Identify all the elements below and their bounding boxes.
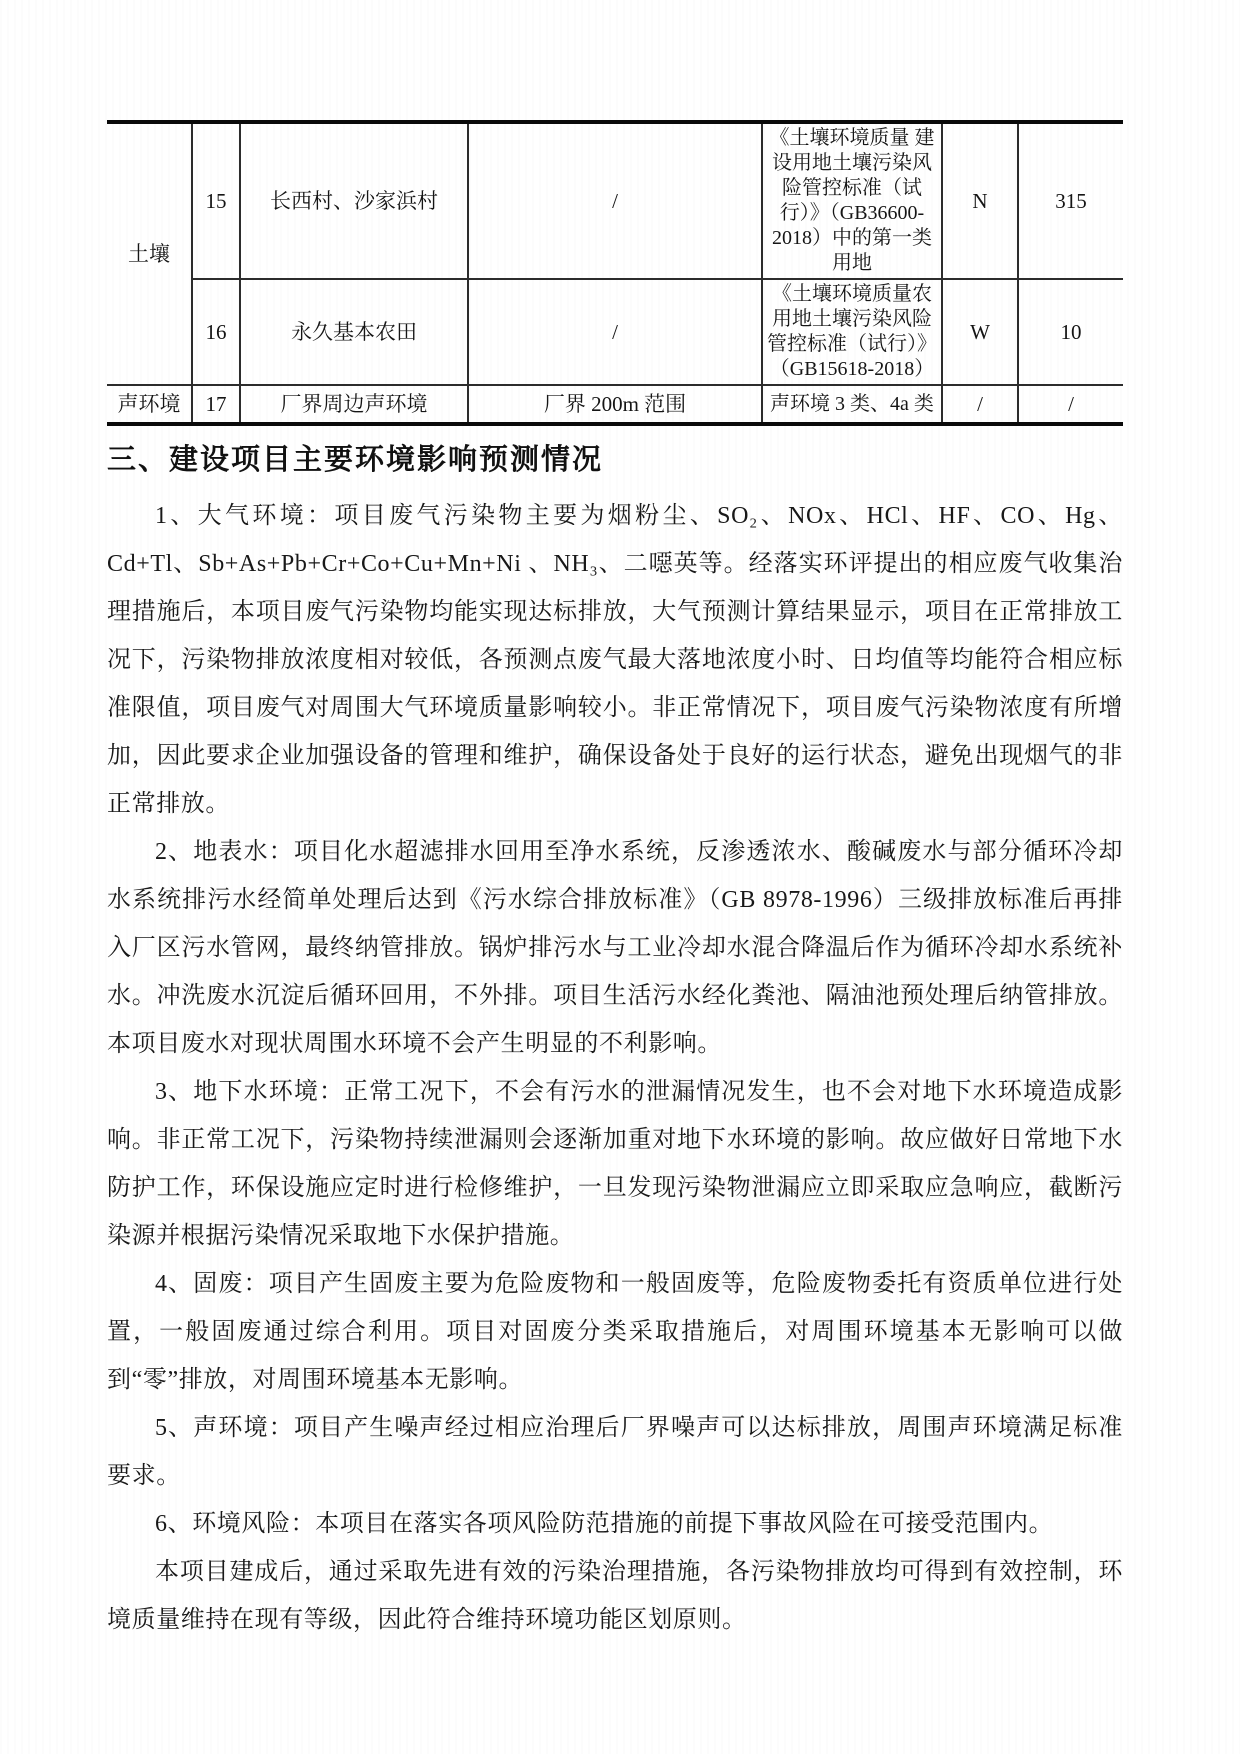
body-paragraph-air: 1、大气环境：项目废气污染物主要为烟粉尘、SO₂、NOx、HCl、HF、CO、H… [107, 492, 1123, 828]
body-paragraph-surface-water: 2、地表水：项目化水超滤排水回用至净水系统，反渗透浓水、酸碱废水与部分循环冷却水… [107, 828, 1123, 1068]
table-row-soil-15: 土壤 15 长西村、沙家浜村 / 《土壤环境质量 建设用地土壤污染风险管控标准（… [107, 122, 1123, 279]
body-paragraph-groundwater: 3、地下水环境：正常工况下，不会有污水的泄漏情况发生，也不会对地下水环境造成影响… [107, 1068, 1123, 1260]
scope-cell: 厂界 200m 范围 [468, 385, 762, 424]
target-name-cell: 永久基本农田 [240, 279, 468, 385]
body-paragraph-conclusion: 本项目建成后，通过采取先进有效的污染治理措施，各污染物排放均可得到有效控制，环境… [107, 1548, 1123, 1644]
category-cell-noise: 声环境 [107, 385, 192, 424]
body-paragraph-solid-waste: 4、固废：项目产生固废主要为危险废物和一般固废等，危险废物委托有资质单位进行处置… [107, 1260, 1123, 1404]
category-cell-soil: 土壤 [107, 122, 192, 385]
distance-cell: / [1018, 385, 1123, 424]
index-cell: 15 [192, 122, 240, 279]
standard-cell: 声环境 3 类、4a 类 [762, 385, 942, 424]
direction-cell: W [942, 279, 1018, 385]
scope-cell: / [468, 122, 762, 279]
standard-cell: 《土壤环境质量 建设用地土壤污染风险管控标准（试行）》（GB36600-2018… [762, 122, 942, 279]
document-page: 土壤 15 长西村、沙家浜村 / 《土壤环境质量 建设用地土壤污染风险管控标准（… [0, 0, 1240, 1754]
table-row-soil-16: 16 永久基本农田 / 《土壤环境质量农用地土壤污染风险管控标准（试行）》（GB… [107, 279, 1123, 385]
table-row-noise-17: 声环境 17 厂界周边声环境 厂界 200m 范围 声环境 3 类、4a 类 /… [107, 385, 1123, 424]
section-heading: 三、建设项目主要环境影响预测情况 [107, 440, 1123, 480]
scope-cell: / [468, 279, 762, 385]
body-paragraph-noise: 5、声环境：项目产生噪声经过相应治理后厂界噪声可以达标排放，周围声环境满足标准要… [107, 1404, 1123, 1500]
direction-cell: N [942, 122, 1018, 279]
distance-cell: 10 [1018, 279, 1123, 385]
target-name-cell: 长西村、沙家浜村 [240, 122, 468, 279]
direction-cell: / [942, 385, 1018, 424]
sensitive-targets-table: 土壤 15 长西村、沙家浜村 / 《土壤环境质量 建设用地土壤污染风险管控标准（… [107, 120, 1123, 426]
standard-cell: 《土壤环境质量农用地土壤污染风险管控标准（试行）》（GB15618-2018） [762, 279, 942, 385]
page-content: 土壤 15 长西村、沙家浜村 / 《土壤环境质量 建设用地土壤污染风险管控标准（… [107, 120, 1123, 1644]
distance-cell: 315 [1018, 122, 1123, 279]
section-body: 1、大气环境：项目废气污染物主要为烟粉尘、SO₂、NOx、HCl、HF、CO、H… [107, 492, 1123, 1644]
index-cell: 17 [192, 385, 240, 424]
index-cell: 16 [192, 279, 240, 385]
body-paragraph-risk: 6、环境风险：本项目在落实各项风险防范措施的前提下事故风险在可接受范围内。 [107, 1500, 1123, 1548]
target-name-cell: 厂界周边声环境 [240, 385, 468, 424]
